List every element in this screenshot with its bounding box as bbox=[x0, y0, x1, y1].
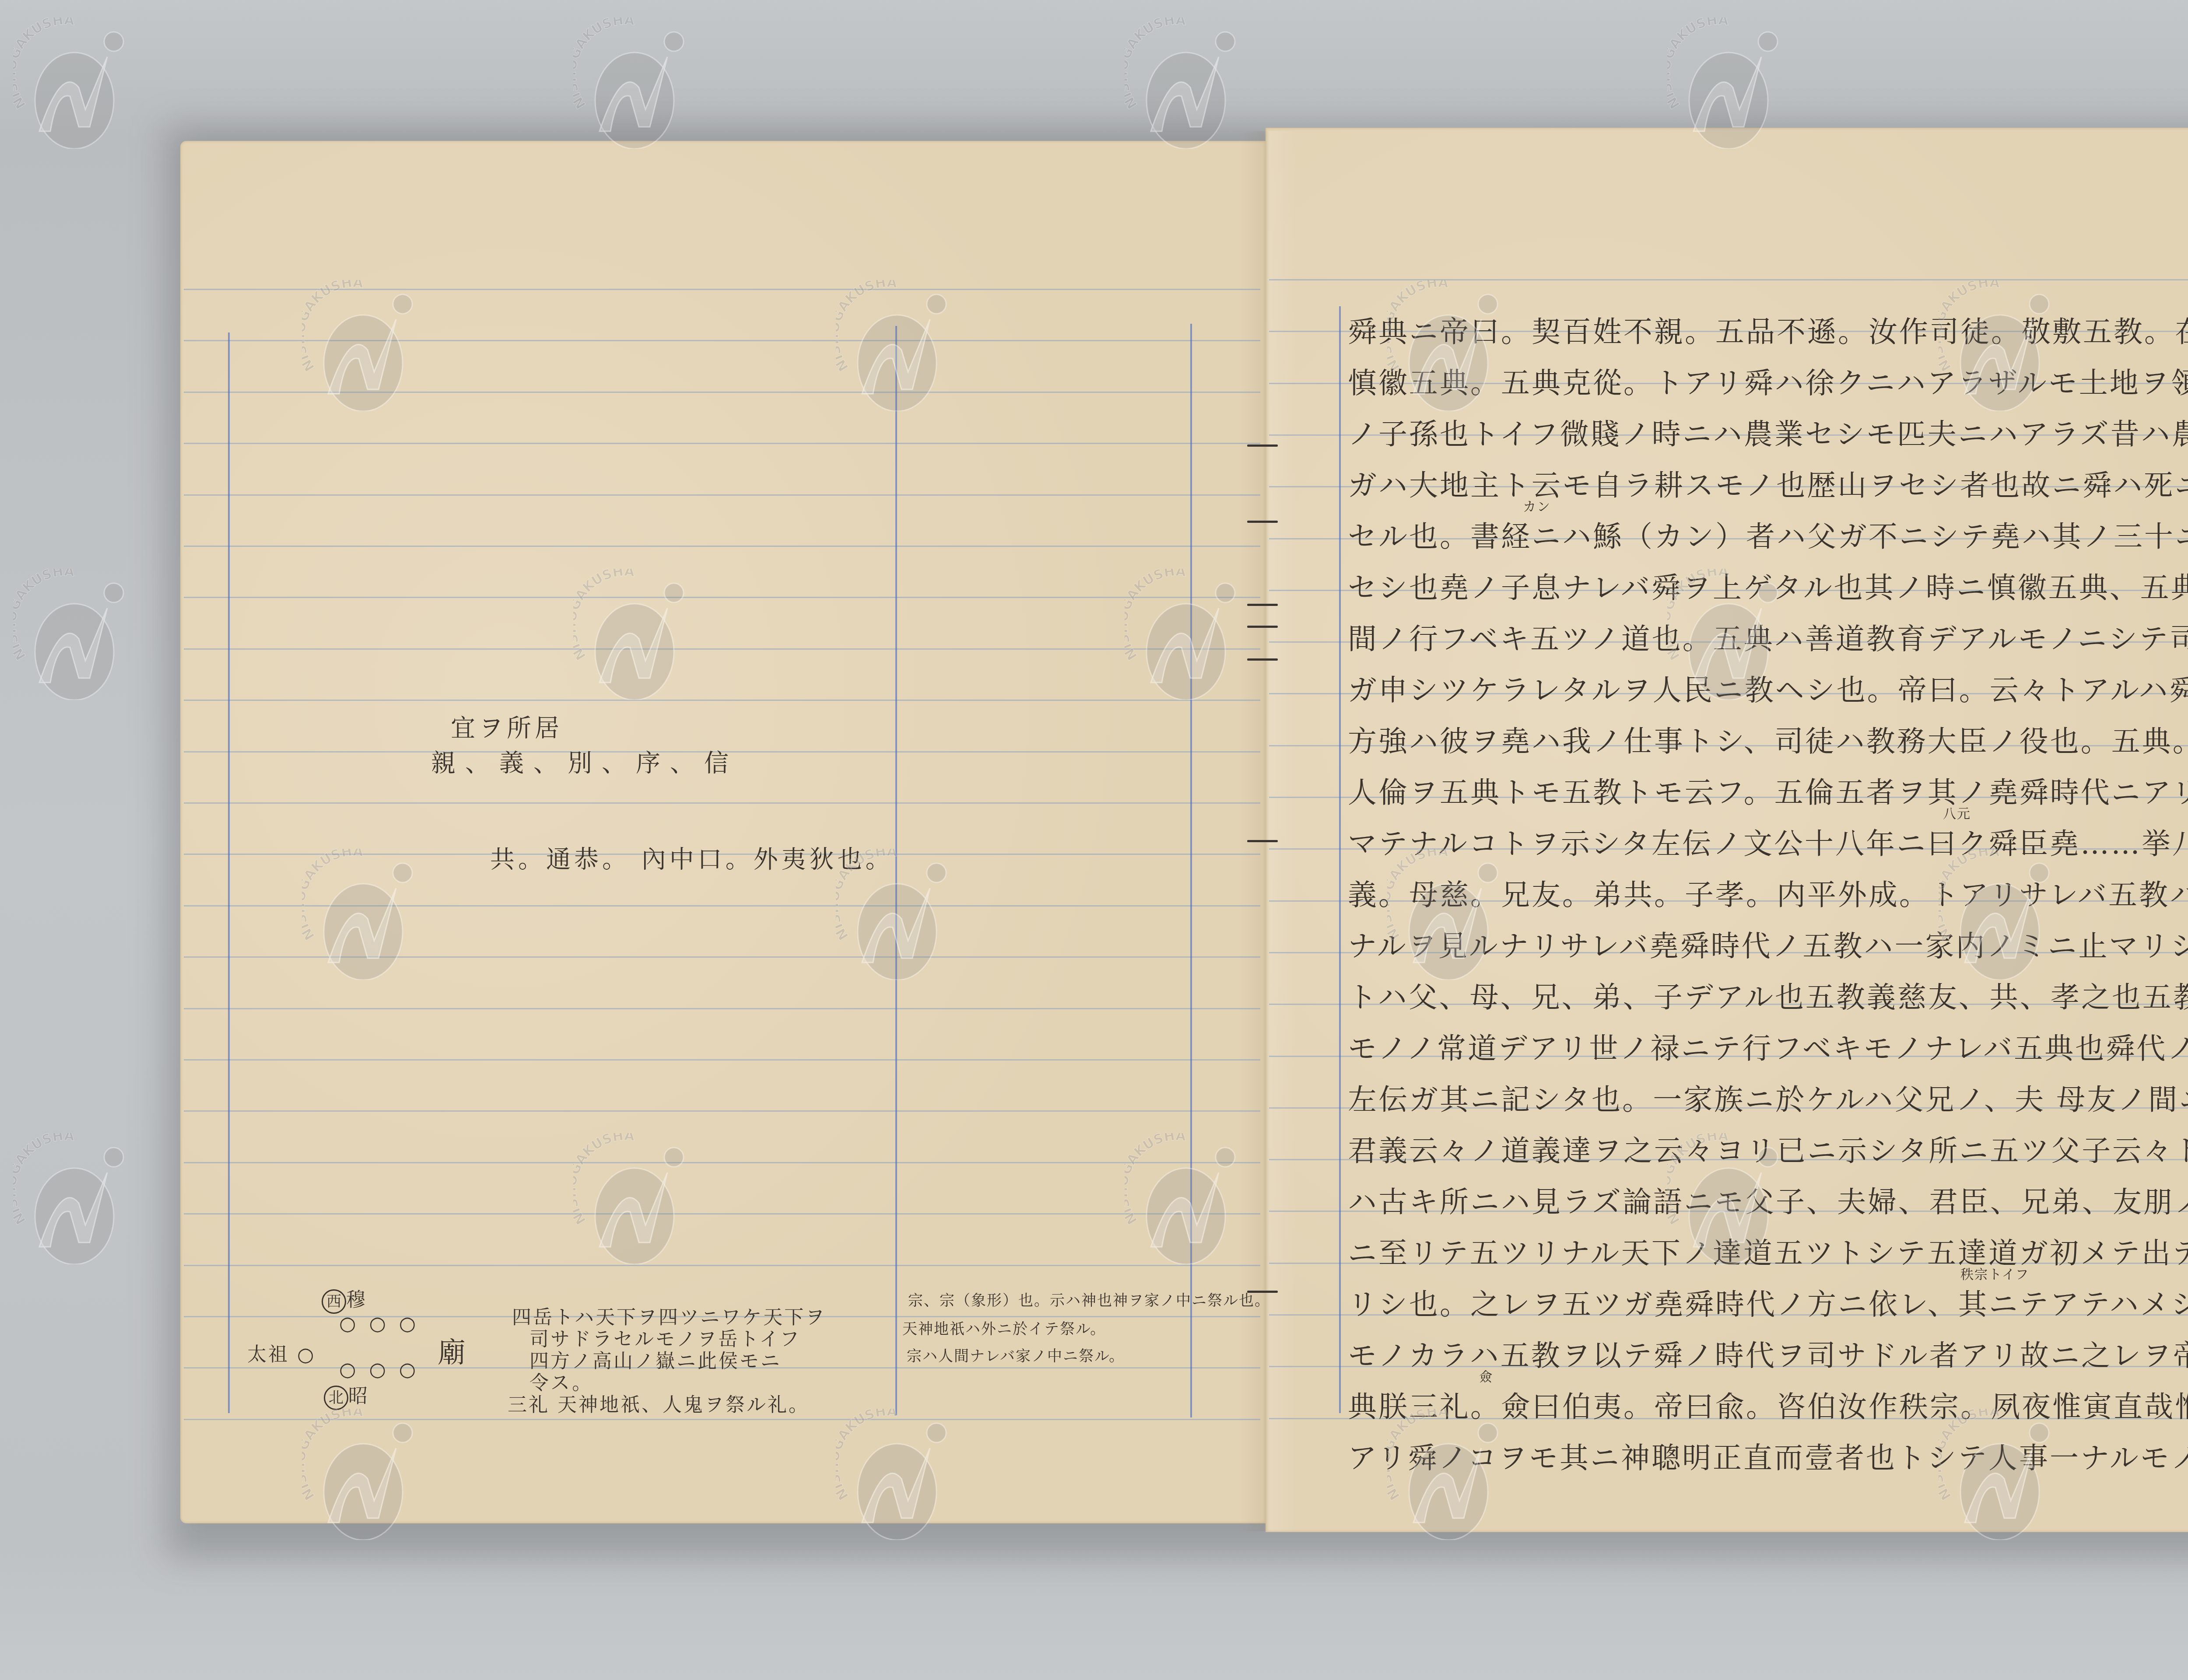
right-page-line: セル也。書経ニハ鯀（カン）者ハ父ガ不ニシテ堯ハ其ノ三十ニ至リテ任ヲ授ケザレバ鯀ト… bbox=[1348, 513, 2188, 555]
nishogakusha-logo-icon: NISHOGAKUSHA bbox=[1125, 569, 1238, 700]
ruled-line-left bbox=[184, 1213, 1260, 1214]
right-col-note-1: 宗、宗（象形）也。示ハ神也神ヲ家ノ中ニ祭ル也。 bbox=[908, 1288, 1270, 1310]
nishogakusha-logo-icon: NISHOGAKUSHA bbox=[836, 1409, 950, 1540]
diagram-top-label: 西穆 bbox=[322, 1284, 367, 1314]
right-page-left-margin-line bbox=[1339, 306, 1341, 1413]
diagram-circles-bottom: ○○○ bbox=[339, 1358, 429, 1381]
ruled-line-left bbox=[184, 1110, 1260, 1112]
ruled-line-left bbox=[184, 546, 1260, 547]
ruby-annotation: 八元 bbox=[1943, 803, 1971, 822]
diagram-circles-top: ○○○ bbox=[339, 1312, 429, 1335]
left-summary-line: 共。通恭。 內中口。外夷狄也。 bbox=[490, 840, 894, 875]
diagram-bottom-mark: 北 bbox=[324, 1386, 348, 1410]
nishogakusha-logo-icon: NISHOGAKUSHA bbox=[573, 569, 687, 700]
gutter-tick-icon bbox=[1247, 444, 1278, 447]
nishogakusha-logo-icon: NISHOGAKUSHA bbox=[1387, 280, 1501, 411]
right-page-line: 左伝ガ其ニ記シタ也。一家族ニ於ケルハ父兄ノ、夫 母友ノ間ニ行フベキ、天臣 bbox=[1348, 1076, 2188, 1118]
ruled-line-left bbox=[184, 802, 1260, 804]
ruby-annotation: 僉 bbox=[1479, 1366, 1493, 1385]
ruby-annotation: カン bbox=[1523, 496, 1551, 515]
diagram-top-mark: 西 bbox=[322, 1289, 346, 1314]
middle-note-5: 三礼 天神地祇、人鬼ヲ祭ル礼。 bbox=[508, 1389, 810, 1417]
ruled-line-left bbox=[184, 494, 1260, 496]
nishogakusha-logo-icon: NISHOGAKUSHA bbox=[1939, 280, 2052, 411]
nishogakusha-logo-icon: NISHOGAKUSHA bbox=[573, 1133, 687, 1264]
nishogakusha-logo-icon: NISHOGAKUSHA bbox=[1667, 1133, 1781, 1264]
ruled-line-left bbox=[184, 1162, 1260, 1163]
nishogakusha-logo-icon: NISHOGAKUSHA bbox=[13, 17, 127, 149]
nishogakusha-logo-icon: NISHOGAKUSHA bbox=[1667, 17, 1781, 149]
right-page-line: 方強ハ彼ヲ堯ハ我ノ仕事トシ、司徒ハ教務大臣ノ役也。五典。五品トハ何カ。五倫 bbox=[1348, 718, 2188, 759]
gutter-tick-icon bbox=[1247, 604, 1278, 606]
nishogakusha-logo-icon: NISHOGAKUSHA bbox=[13, 569, 127, 700]
nishogakusha-logo-icon: NISHOGAKUSHA bbox=[1667, 569, 1781, 700]
diagram-center-label: 廟 bbox=[438, 1330, 468, 1370]
gutter-tick-icon bbox=[1247, 840, 1278, 842]
nishogakusha-logo-icon: NISHOGAKUSHA bbox=[1387, 849, 1501, 980]
nishogakusha-logo-icon: NISHOGAKUSHA bbox=[13, 1133, 127, 1264]
right-col-note-2: 天神地祇ハ外ニ於イテ祭ル。 bbox=[902, 1317, 1106, 1338]
right-page-line: リシ也。之レヲ五ツガ堯舜時代ノ方ニ依レ、其ニテアテハメシモノ也。大よ、其族ヲ義ヘ… bbox=[1348, 1281, 2188, 1323]
nishogakusha-logo-icon: NISHOGAKUSHA bbox=[1125, 1133, 1238, 1264]
right-page-line: モノカラハ五教ヲ以テ舜ノ時代ヲ司サドル者アリ故ニ之レヲ帝曰咨四岳有能 bbox=[1348, 1332, 2188, 1374]
nishogakusha-logo-icon: NISHOGAKUSHA bbox=[573, 17, 687, 149]
right-page-line: 人倫ヲ五典トモ五教トモ云フ。五倫五者ヲ其ノ堯舜時代ニアリタルイ bbox=[1348, 769, 2188, 811]
ruled-line-left bbox=[184, 1059, 1260, 1060]
right-col-note-3: 宗ハ人間ナレバ家ノ中ニ祭ル。 bbox=[907, 1344, 1125, 1365]
right-page-line: トハ父、母、兄、弟、子デアル也五教義慈友、共、孝之也五教ハ人間ノ如何 bbox=[1348, 974, 2188, 1015]
ruby-annotation: 秩宗トイフ bbox=[1960, 1263, 2030, 1283]
gutter-tick-icon bbox=[1247, 521, 1278, 523]
gutter-tick-icon bbox=[1247, 626, 1278, 628]
ruled-line-left bbox=[184, 597, 1260, 598]
nishogakusha-logo-icon: NISHOGAKUSHA bbox=[302, 280, 416, 411]
left-page-margin-line bbox=[228, 332, 230, 1413]
right-page-line: ガハ大地主ト云モ自ラ耕スモノ也歴山ヲセシ者也故ニ舜ハ死ニ悪マル故ニ農業ヲ bbox=[1348, 462, 2188, 504]
nishogakusha-logo-icon: NISHOGAKUSHA bbox=[1125, 17, 1238, 149]
nishogakusha-logo-icon: NISHOGAKUSHA bbox=[836, 280, 950, 411]
ruled-line-left bbox=[184, 1008, 1260, 1009]
gutter-tick-icon bbox=[1247, 658, 1278, 661]
nishogakusha-logo-icon: NISHOGAKUSHA bbox=[1939, 1409, 2052, 1540]
diagram-bottom-label: 北昭 bbox=[324, 1380, 369, 1410]
ruled-line-left bbox=[184, 1265, 1260, 1266]
right-page-line: モノノ常道デアリ世ノ禄ニテ行フベキモノナレバ五典也舜代ノ五典五教ハ bbox=[1348, 1025, 2188, 1067]
nishogakusha-logo-icon: NISHOGAKUSHA bbox=[302, 1409, 416, 1540]
nishogakusha-logo-icon: NISHOGAKUSHA bbox=[1939, 849, 2052, 980]
ruled-line-left bbox=[184, 700, 1260, 701]
diagram-left-label: 太祖 ○ bbox=[247, 1339, 316, 1367]
nishogakusha-logo-icon: NISHOGAKUSHA bbox=[302, 849, 416, 980]
nishogakusha-logo-icon: NISHOGAKUSHA bbox=[836, 849, 950, 980]
right-page-line: ノ子孫也トイフ微賤ノ時ニハ農業セシモ匹夫ニハアラズ昔ハ農ヲ以テ口ヲ生テシ bbox=[1348, 411, 2188, 452]
ruled-line-left bbox=[184, 443, 1260, 444]
nishogakusha-logo-icon: NISHOGAKUSHA bbox=[1387, 1409, 1501, 1540]
left-heading-line-2: 親、義、別、序、信 bbox=[431, 744, 738, 779]
ruled-line-left bbox=[184, 648, 1260, 650]
left-heading-line-1: 宜ヲ所居 bbox=[451, 709, 563, 744]
